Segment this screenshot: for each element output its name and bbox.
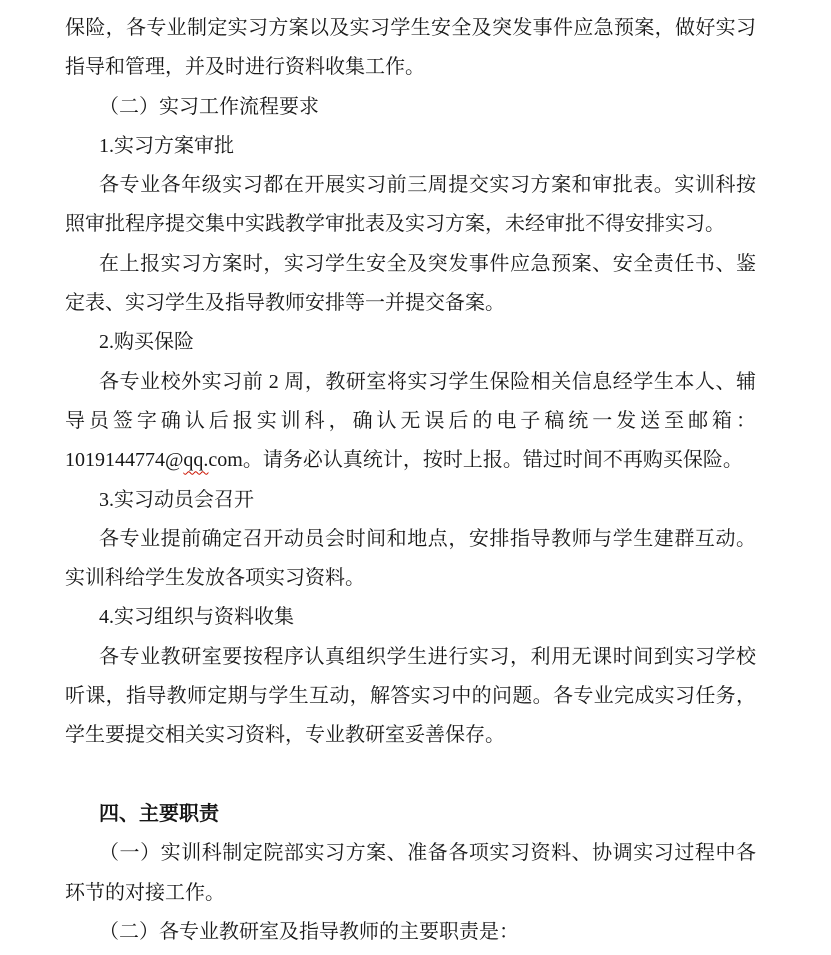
body-line: 实训科给学生发放各项实习资料。 <box>65 559 756 598</box>
numbered-item-heading: 4.实习组织与资料收集 <box>65 598 756 637</box>
body-line-email: 1019144774@qq.com。请务必认真统计，按时上报。错过时间不再购买保… <box>65 441 756 480</box>
subsection-heading: （二）实习工作流程要求 <box>65 88 756 127</box>
body-line: 各专业教研室要按程序认真组织学生进行实习，利用无课时间到实习学校 <box>65 638 756 677</box>
body-line: 各专业校外实习前 2 周，教研室将实习学生保险相关信息经学生本人、辅 <box>65 363 756 402</box>
body-line: 指导和管理，并及时进行资料收集工作。 <box>65 48 756 87</box>
body-line: 在上报实习方案时，实习学生安全及突发事件应急预案、安全责任书、鉴 <box>65 245 756 284</box>
text-segment: com。请务必认真统计，按时上报。错过时间不再购买保险。 <box>208 449 742 471</box>
body-line: 听课，指导教师定期与学生互动，解答实习中的问题。各专业完成实习任务， <box>65 677 756 716</box>
body-line: 保险，各专业制定实习方案以及实习学生安全及突发事件应急预案，做好实习 <box>65 9 756 48</box>
body-line: （一）实训科制定院部实习方案、准备各项实习资料、协调实习过程中各 <box>65 834 756 873</box>
body-line: 各专业各年级实习都在开展实习前三周提交实习方案和审批表。实训科按 <box>65 166 756 205</box>
section-heading: 四、主要职责 <box>65 795 756 834</box>
body-line: 导员签字确认后报实训科，确认无误后的电子稿统一发送至邮箱： <box>65 402 756 441</box>
body-line: 学生要提交相关实习资料，专业教研室妥善保存。 <box>65 716 756 755</box>
body-line: 照审批程序提交集中实践教学审批表及实习方案，未经审批不得安排实习。 <box>65 205 756 244</box>
body-line: 定表、实习学生及指导教师安排等一并提交备案。 <box>65 284 756 323</box>
numbered-item-heading: 3.实习动员会召开 <box>65 481 756 520</box>
paragraph-spacer <box>65 756 756 795</box>
body-line: （二）各专业教研室及指导教师的主要职责是： <box>65 913 756 952</box>
body-line: 环节的对接工作。 <box>65 874 756 913</box>
text-segment: 1019144774@ <box>65 449 183 471</box>
spellcheck-wavy-segment: qq. <box>183 449 208 471</box>
numbered-item-heading: 2.购买保险 <box>65 323 756 362</box>
body-line: 各专业提前确定召开动员会时间和地点，安排指导教师与学生建群互动。 <box>65 520 756 559</box>
numbered-item-heading: 1.实习方案审批 <box>65 127 756 166</box>
document-page: 保险，各专业制定实习方案以及实习学生安全及突发事件应急预案，做好实习指导和管理，… <box>0 0 831 955</box>
